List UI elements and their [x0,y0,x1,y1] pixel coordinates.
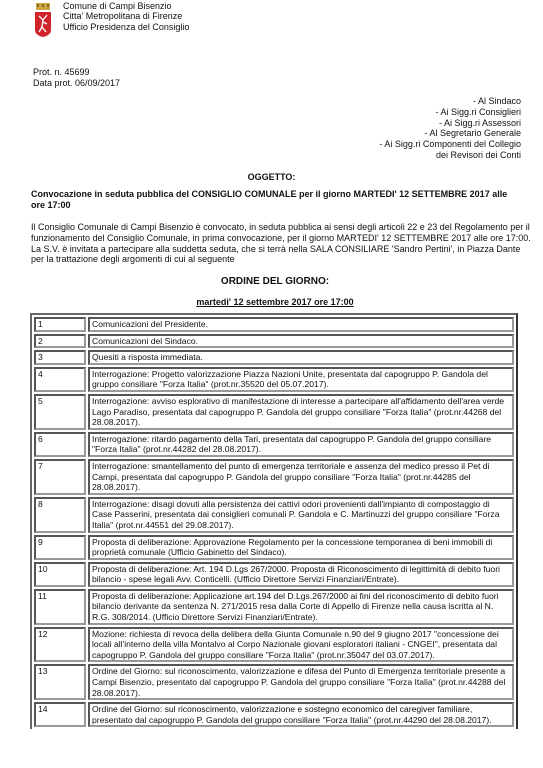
agenda-item-text: Proposta di deliberazione: Approvazione … [88,535,514,560]
recipient: dei Revisori dei Conti [379,150,521,161]
agenda-item-number: 9 [34,535,86,560]
agenda-row: 5Interrogazione: avviso esplorativo di m… [34,394,514,430]
agenda-row: 9Proposta di deliberazione: Approvazione… [34,535,514,560]
agenda-item-number: 7 [34,459,86,495]
agenda-row: 11Proposta di deliberazione: Applicazion… [34,589,514,625]
agenda-item-text: Comunicazioni del Presidente. [88,317,514,332]
agenda-item-number: 3 [34,350,86,365]
agenda-item-text: Ordine del Giorno: sul riconoscimento, v… [88,702,514,727]
agenda-item-number: 13 [34,664,86,700]
agenda-row: 4Interrogazione: Progetto valorizzazione… [34,367,514,392]
agenda-row: 13Ordine del Giorno: sul riconoscimento,… [34,664,514,700]
municipality-name: Comune di Campi Bisenzio [63,1,189,11]
agenda-row: 1Comunicazioni del Presidente. [34,317,514,332]
protocol-number: Prot. n. 45699 [33,67,120,78]
agenda-row: 2Comunicazioni del Sindaco. [34,334,514,349]
agenda-item-number: 8 [34,497,86,533]
agenda-row: 7Interrogazione: smantellamento del punt… [34,459,514,495]
recipient: - Ai Sigg.ri Componenti del Collegio [379,139,521,150]
agenda-row: 14Ordine del Giorno: sul riconoscimento,… [34,702,514,727]
agenda-item-text: Interrogazione: ritardo pagamento della … [88,432,514,457]
agenda-item-text: Quesiti a risposta immediata. [88,350,514,365]
agenda-item-number: 2 [34,334,86,349]
agenda-item-text: Proposta di deliberazione: Art. 194 D.Lg… [88,562,514,587]
recipient: - Ai Sigg.ri Assessori [379,118,521,129]
recipient: - Al Segretario Generale [379,128,521,139]
agenda-item-number: 10 [34,562,86,587]
agenda-row: 8Interrogazione: disagi dovuti alla pers… [34,497,514,533]
agenda-item-number: 5 [34,394,86,430]
agenda-row: 10Proposta di deliberazione: Art. 194 D.… [34,562,514,587]
agenda-item-text: Interrogazione: avviso esplorativo di ma… [88,394,514,430]
agenda-title: ORDINE DEL GIORNO: [0,277,543,288]
coat-of-arms-icon [34,2,52,38]
subject-label: OGGETTO: [0,172,543,183]
agenda-item-text: Proposta di deliberazione: Applicazione … [88,589,514,625]
agenda-item-text: Interrogazione: smantellamento del punto… [88,459,514,495]
recipients-list: - Al Sindaco - Ai Sigg.ri Consiglieri - … [379,96,521,161]
intro-paragraph: Il Consiglio Comunale di Campi Bisenzio … [31,222,531,265]
agenda-row: 12Mozione: richiesta di revoca della del… [34,627,514,663]
subject-text: Convocazione in seduta pubblica del CONS… [31,189,521,211]
recipient: - Al Sindaco [379,96,521,107]
protocol-info: Prot. n. 45699 Data prot. 06/09/2017 [33,67,120,88]
agenda-date: martedi' 12 settembre 2017 ore 17:00 [0,297,543,308]
protocol-date: Data prot. 06/09/2017 [33,78,120,89]
agenda-item-text: Interrogazione: Progetto valorizzazione … [88,367,514,392]
agenda-row: 6Interrogazione: ritardo pagamento della… [34,432,514,457]
agenda-item-text: Comunicazioni del Sindaco. [88,334,514,349]
agenda-item-number: 1 [34,317,86,332]
recipient: - Ai Sigg.ri Consiglieri [379,107,521,118]
agenda-table: 1Comunicazioni del Presidente.2Comunicaz… [30,313,518,729]
agenda-item-number: 4 [34,367,86,392]
agenda-row: 3Quesiti a risposta immediata. [34,350,514,365]
agenda-item-number: 11 [34,589,86,625]
metropolitan-city: Citta' Metropolitana di Firenze [63,11,189,21]
issuer-header: Comune di Campi Bisenzio Citta' Metropol… [63,1,189,32]
agenda-item-text: Ordine del Giorno: sul riconoscimento, v… [88,664,514,700]
agenda-item-number: 12 [34,627,86,663]
agenda-item-text: Mozione: richiesta di revoca della delib… [88,627,514,663]
office-name: Ufficio Presidenza del Consiglio [63,22,189,32]
agenda-item-text: Interrogazione: disagi dovuti alla persi… [88,497,514,533]
agenda-item-number: 6 [34,432,86,457]
agenda-item-number: 14 [34,702,86,727]
